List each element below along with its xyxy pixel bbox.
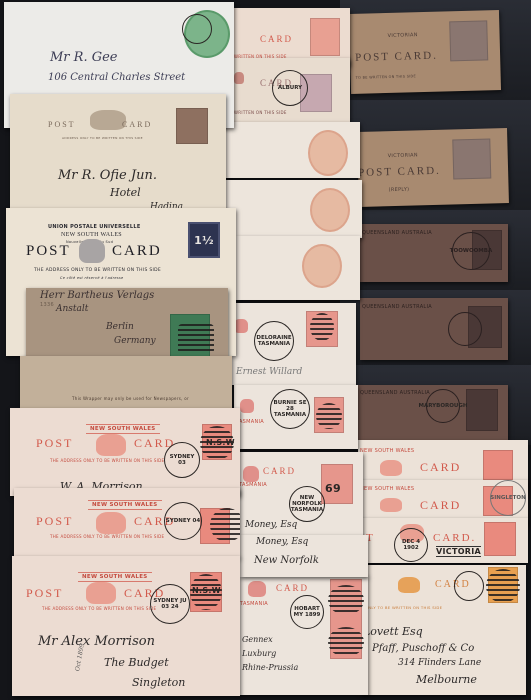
card-region: TASMANIA (239, 482, 267, 488)
card-subtitle: (REPLY) (388, 187, 409, 194)
card-title: CARD (276, 583, 309, 593)
reference-number: 1336 (40, 302, 54, 308)
queensland-post-card: QUEENSLAND AUSTRALIA (360, 298, 508, 360)
coat-of-arms-icon (79, 239, 105, 263)
card-instruction: THE ADDRESS ONLY TO BE WRITTEN ON THIS S… (34, 268, 161, 273)
card-banner: NEW SOUTH WALES (360, 448, 414, 454)
postmark (454, 571, 484, 601)
stamp (449, 20, 488, 61)
stockpage-background: VICTORIAN POST CARD. TO BE WRITTEN ON TH… (0, 0, 531, 700)
tasmania-post-card: CARD TASMANIA 69 NEW NORFOLK TASMANIA Mo… (237, 452, 363, 540)
handwritten-address-line: Germany (114, 336, 156, 346)
stamp-value: 1½ (194, 234, 214, 247)
handwritten-address-line: Mr R. Ofie Jun. (58, 168, 157, 183)
south-australia-post-card: POST CARD ADDRESS ONLY TO BE WRITTEN ON … (10, 94, 226, 212)
card-banner: NEW SOUTH WALES (78, 572, 152, 582)
coat-of-arms-icon (86, 582, 116, 604)
card-title-left: POST (26, 586, 63, 601)
handwritten-address-line: Luxburg (242, 649, 276, 658)
coat-of-arms-icon (96, 434, 126, 456)
coat-of-arms-icon (96, 512, 126, 534)
slogan-cancel: VICTORIA (436, 546, 481, 557)
card-title-left: POST (26, 243, 71, 260)
card-header: VICTORIAN (387, 32, 417, 39)
handwritten-address-line: Melbourne (416, 673, 477, 686)
numeral-cancel (486, 569, 520, 603)
handwritten-address-line: Lovett Esq (363, 625, 423, 638)
nsw-post-card: NEW SOUTH WALES POST CARD THE ADDRESS ON… (12, 556, 240, 696)
numeral-cancel (310, 313, 334, 341)
card-instruction: ONLY TO BE WRITTEN ON THIS SIDE (365, 605, 442, 610)
stamp (466, 389, 498, 431)
handwritten-address-line: The Budget (104, 656, 169, 669)
handwritten-address-line: Mr Alex Morrison (38, 634, 155, 649)
coat-of-arms-icon (243, 466, 259, 482)
coat-of-arms-icon (90, 110, 126, 130)
numeral-cancel (210, 508, 240, 542)
postmark (182, 14, 212, 44)
coat-of-arms-icon (248, 581, 266, 597)
card-header: QUEENSLAND AUSTRALIA (362, 230, 432, 236)
handwritten-address-line: Anstalt (56, 304, 88, 314)
stamp-number: 69 (325, 482, 341, 495)
handwritten-address-line: Money, Esq (256, 537, 308, 547)
handwritten-address-line: Berlin (106, 322, 134, 332)
tasmania-card-address-strip: Money, Esq New Norfolk (240, 535, 368, 577)
postmark (448, 312, 482, 346)
card-region: TASMANIA (240, 601, 268, 607)
card-title: CARD (112, 243, 162, 260)
postmark: HOBART MY 1899 (290, 595, 324, 629)
queensland-post-card: QUEENSLAND AUSTRALIA MARYBOROUGH (358, 385, 508, 440)
card-header-upu: UNION POSTALE UNIVERSELLE (48, 224, 141, 230)
handwritten-address-line: Gennex (242, 635, 273, 644)
postmark: DEC 4 1902 (394, 528, 428, 562)
victorian-post-card: VICTORIAN POST CARD. TO BE WRITTEN ON TH… (349, 10, 501, 94)
stamp (484, 522, 516, 556)
numeral-cancel (328, 585, 364, 615)
tasmania-post-card: TASMANIA BURNIE SE 28 TASMANIA (234, 385, 358, 449)
card-title: CARD (122, 120, 152, 129)
card-header: QUEENSLAND AUSTRALIA (362, 304, 432, 310)
embossed-stamp (310, 188, 350, 232)
postmark: SINGLETON (490, 480, 526, 516)
card-title: CARD (260, 34, 293, 44)
wrapper-notice: This Wrapper may only be used for Newspa… (72, 396, 189, 401)
card-instruction: WRITTEN ON THIS SIDE (234, 110, 287, 115)
card-instruction: ADDRESS ONLY TO BE WRITTEN ON THIS SIDE (62, 136, 143, 140)
card-instruction: THE ADDRESS ONLY TO BE WRITTEN ON THIS S… (50, 534, 164, 539)
coat-of-arms-icon (240, 399, 254, 413)
embossed-stamp (302, 244, 342, 288)
newspaper-wrapper-flap: This Wrapper may only be used for Newspa… (20, 356, 232, 408)
queensland-post-card: QUEENSLAND AUSTRALIA TOOWOOMBA (360, 224, 508, 282)
victorian-reply-card: VICTORIAN POST CARD. (REPLY) (357, 128, 509, 207)
lilac-post-card: CARD WRITTEN ON THIS SIDE ALBURY (232, 58, 350, 124)
coat-of-arms-icon (398, 577, 420, 593)
card-title: POST CARD. (355, 50, 438, 64)
victoria-envelope (224, 122, 360, 178)
stamp (176, 108, 208, 144)
stamp (310, 18, 340, 56)
card-instruction: THE ADDRESS ONLY TO BE WRITTEN ON THIS S… (42, 606, 156, 611)
card-title-left: POST (36, 514, 73, 529)
numeral-cancel (316, 403, 342, 429)
card-instruction: TO BE WRITTEN ON THIS SIDE (356, 74, 416, 80)
coat-of-arms-icon (234, 319, 248, 333)
numeral-cancel (328, 627, 364, 657)
stamp (483, 450, 513, 480)
stamp-overprint: N.S.W (206, 438, 235, 447)
handwritten-address-line: 106 Central Charles Street (48, 72, 185, 83)
postmark: DELORAINE TASMANIA (254, 321, 294, 361)
card-title: CARD (420, 498, 461, 513)
card-region: TASMANIA (236, 419, 264, 425)
postmark: TOOWOOMBA (452, 232, 490, 270)
victoria-post-card-melbourne: CARD ONLY TO BE WRITTEN ON THIS SIDE Lov… (360, 565, 526, 695)
victoria-envelope (236, 236, 360, 300)
handwritten-address-line: Ernest Willard (236, 367, 302, 377)
card-title: POST CARD. (358, 165, 441, 179)
card-header: QUEENSLAND AUSTRALIA (360, 390, 430, 396)
handwritten-address-line: Hotel (110, 186, 141, 199)
handwritten-address-line: Singleton (132, 676, 185, 689)
postmark: NEW NORFOLK TASMANIA (289, 486, 325, 522)
card-banner: NEW SOUTH WALES (88, 500, 162, 510)
stamp: 1½ (188, 222, 220, 258)
tasmania-post-card: DELORAINE TASMANIA Ernest Willard (232, 303, 356, 385)
embossed-stamp (308, 130, 348, 176)
coat-of-arms-icon (380, 498, 402, 512)
victoria-envelope (226, 180, 362, 238)
postmark: ALBURY (272, 70, 308, 106)
postmark: MARYBOROUGH (426, 389, 460, 423)
coat-of-arms-icon (234, 72, 244, 84)
card-title-left: POST (36, 436, 73, 451)
stamp (452, 138, 491, 179)
coat-of-arms-icon (380, 460, 402, 476)
handwritten-address-line: Money, Esq (245, 520, 297, 530)
card-title: CARD (420, 460, 461, 475)
victoria-post-card-1902: ST CARD. DEC 4 1902 VICTORIA (358, 518, 528, 563)
stamp-overprint: N.S.W (192, 586, 221, 595)
handwritten-address-line: New Norfolk (254, 555, 319, 566)
card-banner: NEW SOUTH WALES (360, 486, 414, 492)
tasmania-post-card: CARD TASMANIA HOBART MY 1899 Gennex Luxb… (238, 575, 368, 695)
postmark: SYDNEY JU 03 24 (150, 584, 190, 624)
postmark: SYDNEY 04 (164, 502, 202, 540)
postmark: BURNIE SE 28 TASMANIA (270, 389, 310, 429)
card-title: CARD. (433, 532, 476, 544)
handwritten-address-line: 314 Flinders Lane (398, 658, 481, 668)
handwritten-address-line: Herr Bartheus Verlags (40, 290, 154, 301)
card-title-left: POST (48, 120, 76, 129)
card-header: VICTORIAN (388, 152, 418, 159)
postmark: SYDNEY 03 (164, 442, 200, 478)
card-instruction: THE ADDRESS ONLY TO BE WRITTEN ON THIS S… (50, 458, 164, 463)
card-instruction-french: Ce côté est réservé à l'adresse (60, 276, 123, 280)
handwritten-address-line: Rhine-Prussia (242, 663, 298, 672)
card-header-state: NEW SOUTH WALES (61, 232, 122, 238)
handwritten-address-line: Pfaff, Puschoff & Co (372, 643, 474, 654)
newspaper-wrapper: 1336 Herr Bartheus Verlags Anstalt Berli… (26, 288, 228, 358)
nsw-post-card: NEW SOUTH WALES POST CARD THE ADDRESS ON… (10, 408, 240, 496)
card-banner: NEW SOUTH WALES (86, 424, 160, 434)
card-title: CARD (263, 466, 296, 476)
nsw-post-card: NEW SOUTH WALES POST CARD THE ADDRESS ON… (14, 488, 240, 558)
numeral-cancel (178, 324, 214, 354)
handwritten-address-line: Mr R. Gee (50, 50, 117, 65)
